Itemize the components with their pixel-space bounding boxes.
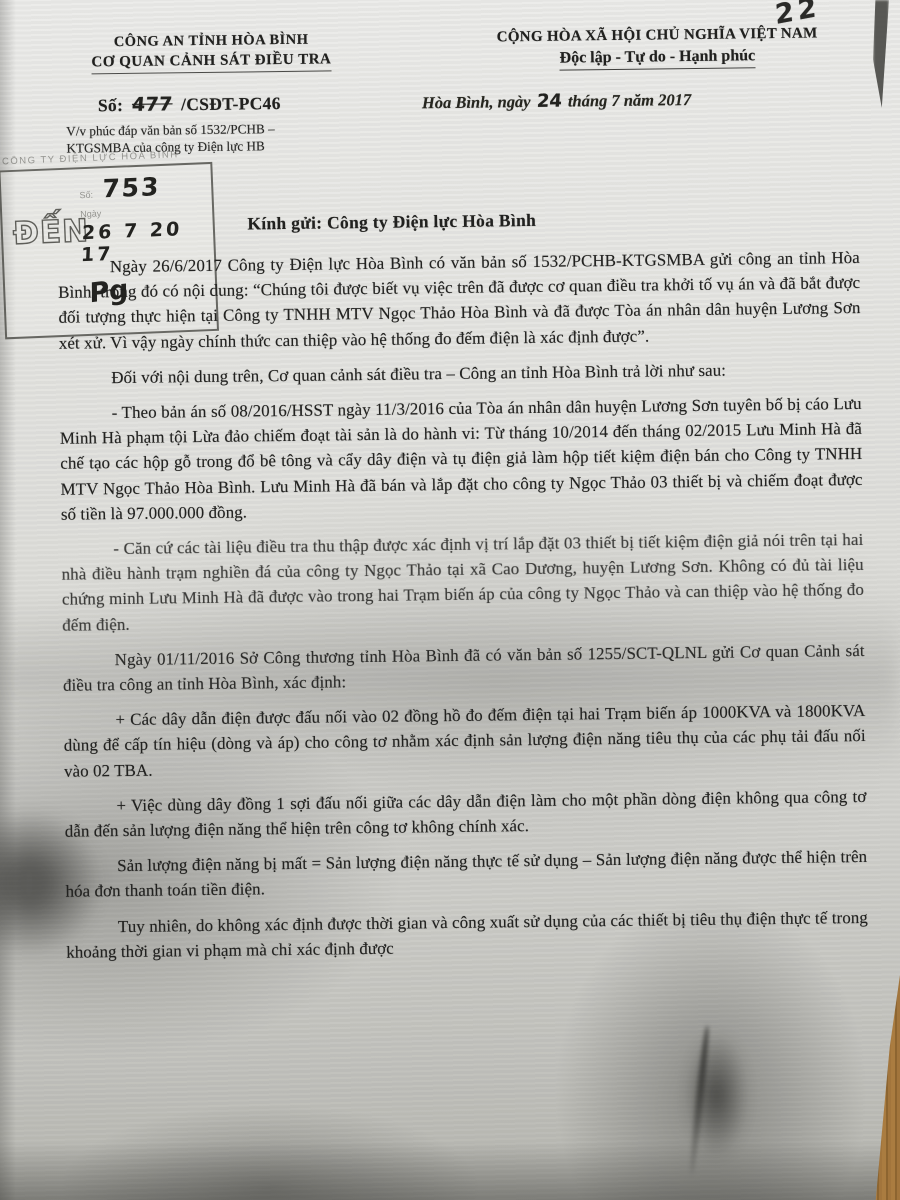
issuing-agency-unit: CƠ QUAN CẢNH SÁT ĐIỀU TRA (91, 51, 331, 74)
national-motto: Độc lập - Tự do - Hạnh phúc (559, 47, 755, 70)
letter-body: Ngày 26/6/2017 Công ty Điện lực Hòa Bình… (58, 245, 869, 975)
paragraph-intro: Ngày 26/6/2017 Công ty Điện lực Hòa Bình… (58, 245, 861, 356)
place-date-line: Hòa Bình, ngày 24 tháng 7 năm 2017 (422, 88, 782, 113)
document-number-label: Số: (98, 95, 123, 115)
paragraph-formula: Sản lượng điện năng bị mất = Sản lượng đ… (65, 844, 868, 904)
stamp-number-label: Số: (79, 190, 93, 201)
date-prefix: Hòa Bình, ngày (422, 92, 531, 112)
document-number-code: /CSĐT-PC46 (181, 93, 281, 114)
paragraph-sct-document: Ngày 01/11/2016 Sở Công thương tỉnh Hòa … (63, 638, 866, 698)
issuing-agency-block: CÔNG AN TỈNH HÒA BÌNH CƠ QUAN CẢNH SÁT Đ… (61, 31, 361, 77)
paragraph-conclusion: Tuy nhiên, do không xác định được thời g… (66, 905, 869, 965)
scanned-document-page: 22 CÔNG AN TỈNH HÒA BÌNH CƠ QUAN CẢNH SÁ… (0, 0, 900, 1200)
paragraph-verdict: - Theo bản án số 08/2016/HSST ngày 11/3/… (60, 391, 863, 527)
date-day-handwritten: 24 (536, 91, 563, 112)
national-motto-block: CỘNG HÒA XÃ HỘI CHỦ NGHĨA VIỆT NAM Độc l… (461, 25, 853, 72)
stamp-den-label: ĐẾN (12, 213, 89, 252)
paragraph-reply-lead: Đối với nội dung trên, Cơ quan cảnh sát … (59, 356, 861, 391)
stamp-fields: Số: 753 Ngày 26 7 20 17 (79, 170, 211, 266)
stamp-date-label: Ngày (80, 208, 101, 219)
document-number-line: Số: 477 /CSĐT-PC46 (98, 92, 281, 116)
document-number-handwritten: 477 (131, 93, 173, 116)
stamp-number-handwritten: 753 (101, 172, 161, 203)
letterhead: CÔNG AN TỈNH HÒA BÌNH CƠ QUAN CẢNH SÁT Đ… (61, 25, 853, 77)
paragraph-evidence: - Căn cứ các tài liệu điều tra thu thập … (61, 527, 864, 638)
date-year: năm 2017 (624, 90, 692, 110)
salutation: Kính gửi: Công ty Điện lực Hòa Bình (247, 210, 536, 235)
document-content: 22 CÔNG AN TỈNH HÒA BÌNH CƠ QUAN CẢNH SÁ… (0, 0, 900, 1200)
date-month: tháng 7 (568, 91, 620, 111)
paragraph-wiring: + Các dây dẫn điện được đấu nối vào 02 đ… (63, 698, 866, 783)
paragraph-copper-wire: + Việc dùng dây đồng 1 sợi đấu nối giữa … (64, 784, 867, 844)
